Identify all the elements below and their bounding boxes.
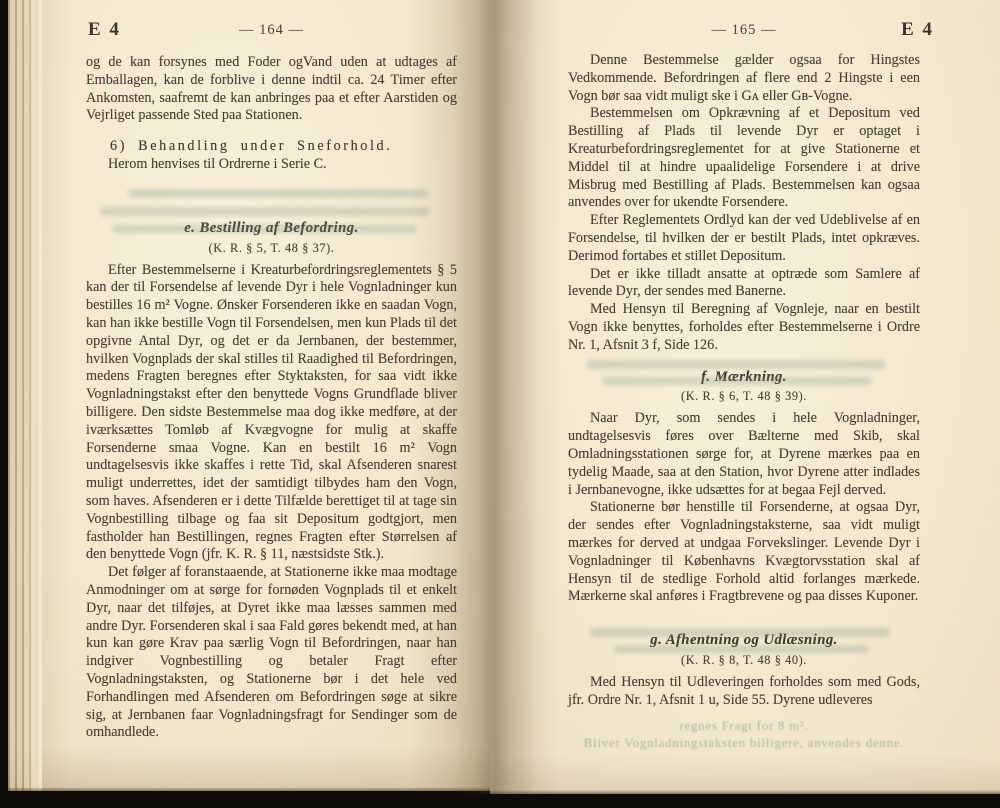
section-reference: (K. R. § 8, T. 48 § 40).: [568, 653, 920, 668]
paragraph: Denne Bestemmelse gælder ogsaa for Hings…: [568, 52, 920, 105]
book-scan: E 4 — 164 — og de kan forsynes med Foder…: [0, 0, 1000, 808]
spacer: [86, 174, 457, 220]
page-text-column: og de kan forsynes med Foder ogVand uden…: [86, 54, 457, 742]
page-bottom-edge: [8, 787, 490, 791]
spacer: [568, 606, 920, 632]
page-header-right: — 165 — E 4: [568, 19, 920, 43]
subsection-heading: 6) Behandling under Sneforhold.: [86, 138, 457, 156]
show-through-text: Bliver Vognladningstaksten billigere, an…: [568, 735, 920, 752]
paragraph: Herom henvises til Ordrerne i Serie C.: [86, 156, 457, 174]
spacer: [568, 355, 920, 369]
paragraph: Det følger af foranstaaende, at Statione…: [86, 564, 457, 742]
paragraph: Med Hensyn til Beregning af Vognleje, na…: [568, 301, 920, 354]
paragraph: Efter Bestemmelserne i Kreaturbefordring…: [86, 262, 457, 565]
show-through-text: regnes Fragt for 8 m².: [568, 718, 920, 735]
paragraph: Med Hensyn til Udleveringen forholdes so…: [568, 674, 920, 710]
paragraph: Stationerne bør henstille til Forsendern…: [568, 499, 920, 606]
page-header-left: E 4 — 164 —: [86, 19, 457, 43]
paragraph: og de kan forsynes med Foder ogVand uden…: [86, 54, 457, 125]
paragraph: Bestemmelsen om Opkrævning af et Deposit…: [568, 105, 920, 212]
section-reference: (K. R. § 6, T. 48 § 39).: [568, 389, 920, 404]
paragraph: Efter Reglementets Ordlyd kan der ved Ud…: [568, 212, 920, 265]
page-bottom-edge: [490, 790, 1000, 794]
page-edge-strips: [8, 0, 42, 791]
page-right: — 165 — E 4 Denne Bestemmelse gælder ogs…: [490, 0, 1000, 794]
page-text-column: Denne Bestemmelse gælder ogsaa for Hings…: [568, 52, 920, 710]
section-heading: f. Mærkning.: [568, 369, 920, 387]
edition-label: E 4: [901, 19, 934, 41]
page-number: — 164 —: [239, 22, 304, 39]
ghost-lines: regnes Fragt for 8 m².Bliver Vognladning…: [568, 718, 920, 752]
page-number: — 165 —: [712, 22, 777, 39]
page-left: E 4 — 164 — og de kan forsynes med Foder…: [8, 0, 490, 791]
paragraph: Naar Dyr, som sendes i hele Vognladninge…: [568, 410, 920, 499]
section-heading: e. Bestilling af Befordring.: [86, 220, 457, 238]
edition-label: E 4: [88, 19, 121, 41]
section-heading: g. Afhentning og Udlæsning.: [568, 632, 920, 650]
section-reference: (K. R. § 5, T. 48 § 37).: [86, 241, 457, 256]
paragraph: Det er ikke tilladt ansatte at optræde s…: [568, 266, 920, 302]
